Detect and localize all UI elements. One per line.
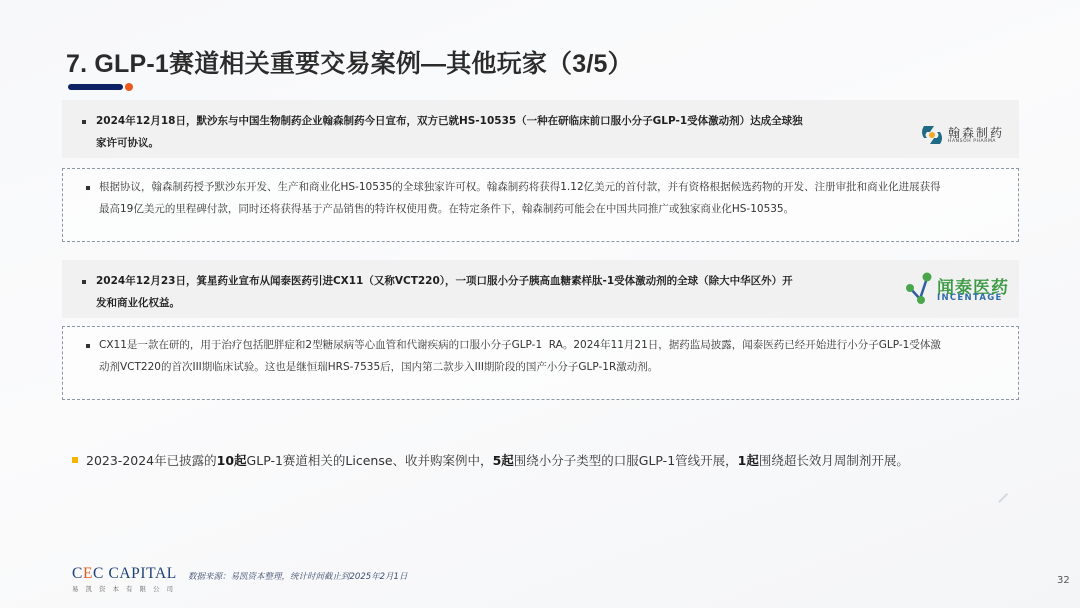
- data-source-note: 数据来源：易凯资本整理，统计时间截止到2025年2月1日: [188, 570, 407, 582]
- title-underline-bar: [68, 84, 123, 90]
- hansoh-logo-subtitle: HANSOH PHARMA: [948, 139, 996, 144]
- deal-1-detail-line2: 最高19亿美元的里程碑付款，同时还将获得基于产品销售的特许权使用费。在特定条件下…: [99, 198, 794, 220]
- company-name-cn: 易凯资本有限公司: [72, 584, 180, 593]
- deal-2-headline-line1: 2024年12月23日，箕星药业宣布从闻泰医药引进CX11（又称VCT220），…: [96, 270, 793, 292]
- bullet-icon: [82, 280, 86, 284]
- decorative-stroke: [998, 493, 1008, 503]
- deal-2-headline-line2: 发和商业化权益。: [96, 292, 180, 314]
- bullet-icon: [82, 120, 86, 124]
- logo-letter-c: C: [72, 565, 83, 582]
- logo-text-rest: C CAPITAL: [93, 565, 177, 582]
- summary-count-total: 10起: [217, 453, 247, 468]
- summary-part-1: 2023-2024年已披露的: [86, 453, 217, 468]
- deal-1-detail-line1: 根据协议，翰森制药授予默沙东开发、生产和商业化HS-10535的全球独家许可权。…: [99, 176, 941, 198]
- hansoh-logo-icon: [920, 123, 944, 147]
- summary-count-long-acting: 1起: [738, 453, 759, 468]
- deal-1-headline-line2: 家许可协议。: [96, 132, 159, 154]
- summary-statement: 2023-2024年已披露的10起GLP-1赛道相关的License、收并购案例…: [72, 452, 909, 470]
- logo-letter-e: E: [83, 565, 93, 582]
- incentage-logo-icon: [906, 272, 936, 306]
- deal-2-detail-box: CX11是一款在研的，用于治疗包括肥胖症和2型糖尿病等心血管和代谢疾病的口服小分…: [62, 326, 1019, 400]
- deal-2-detail-line2: 动剂VCT220的首次III期临床试验。这也是继恒瑞HRS-7535后，国内第二…: [99, 356, 658, 378]
- deal-1-detail-box: 根据协议，翰森制药授予默沙东开发、生产和商业化HS-10535的全球独家许可权。…: [62, 168, 1019, 242]
- page-number: 32: [1057, 575, 1070, 586]
- slide-title: 7. GLP-1赛道相关重要交易案例—其他玩家（3/5）: [66, 44, 633, 80]
- title-underline-dot: [125, 83, 133, 91]
- deal-2-detail-line1: CX11是一款在研的，用于治疗包括肥胖症和2型糖尿病等心血管和代谢疾病的口服小分…: [99, 334, 941, 356]
- summary-part-3: 围绕小分子类型的口服GLP-1管线开展，: [514, 453, 738, 468]
- company-name-en: CEC CAPITAL: [72, 566, 180, 582]
- summary-part-2: GLP-1赛道相关的License、收并购案例中，: [247, 453, 493, 468]
- summary-count-oral: 5起: [493, 453, 514, 468]
- summary-bullet-icon: [72, 457, 78, 463]
- incentage-logo: 闻泰医药 INCENTAGE: [906, 272, 1010, 306]
- deal-2-headline: 2024年12月23日，箕星药业宣布从闻泰医药引进CX11（又称VCT220），…: [62, 260, 1019, 318]
- deal-1-headline: 2024年12月18日，默沙东与中国生物制药企业翰森制药今日宣布，双方已就HS-…: [62, 100, 1019, 158]
- deal-1-headline-line1: 2024年12月18日，默沙东与中国生物制药企业翰森制药今日宣布，双方已就HS-…: [96, 110, 803, 132]
- bullet-icon: [86, 186, 90, 190]
- cec-capital-logo: CEC CAPITAL 易凯资本有限公司: [72, 566, 180, 593]
- bullet-icon: [86, 344, 90, 348]
- incentage-logo-subtitle: INCENTAGE: [937, 293, 1003, 303]
- hansoh-logo: 翰森制药 HANSOH PHARMA: [920, 122, 1002, 148]
- summary-part-4: 围绕超长效月周制剂开展。: [759, 453, 909, 468]
